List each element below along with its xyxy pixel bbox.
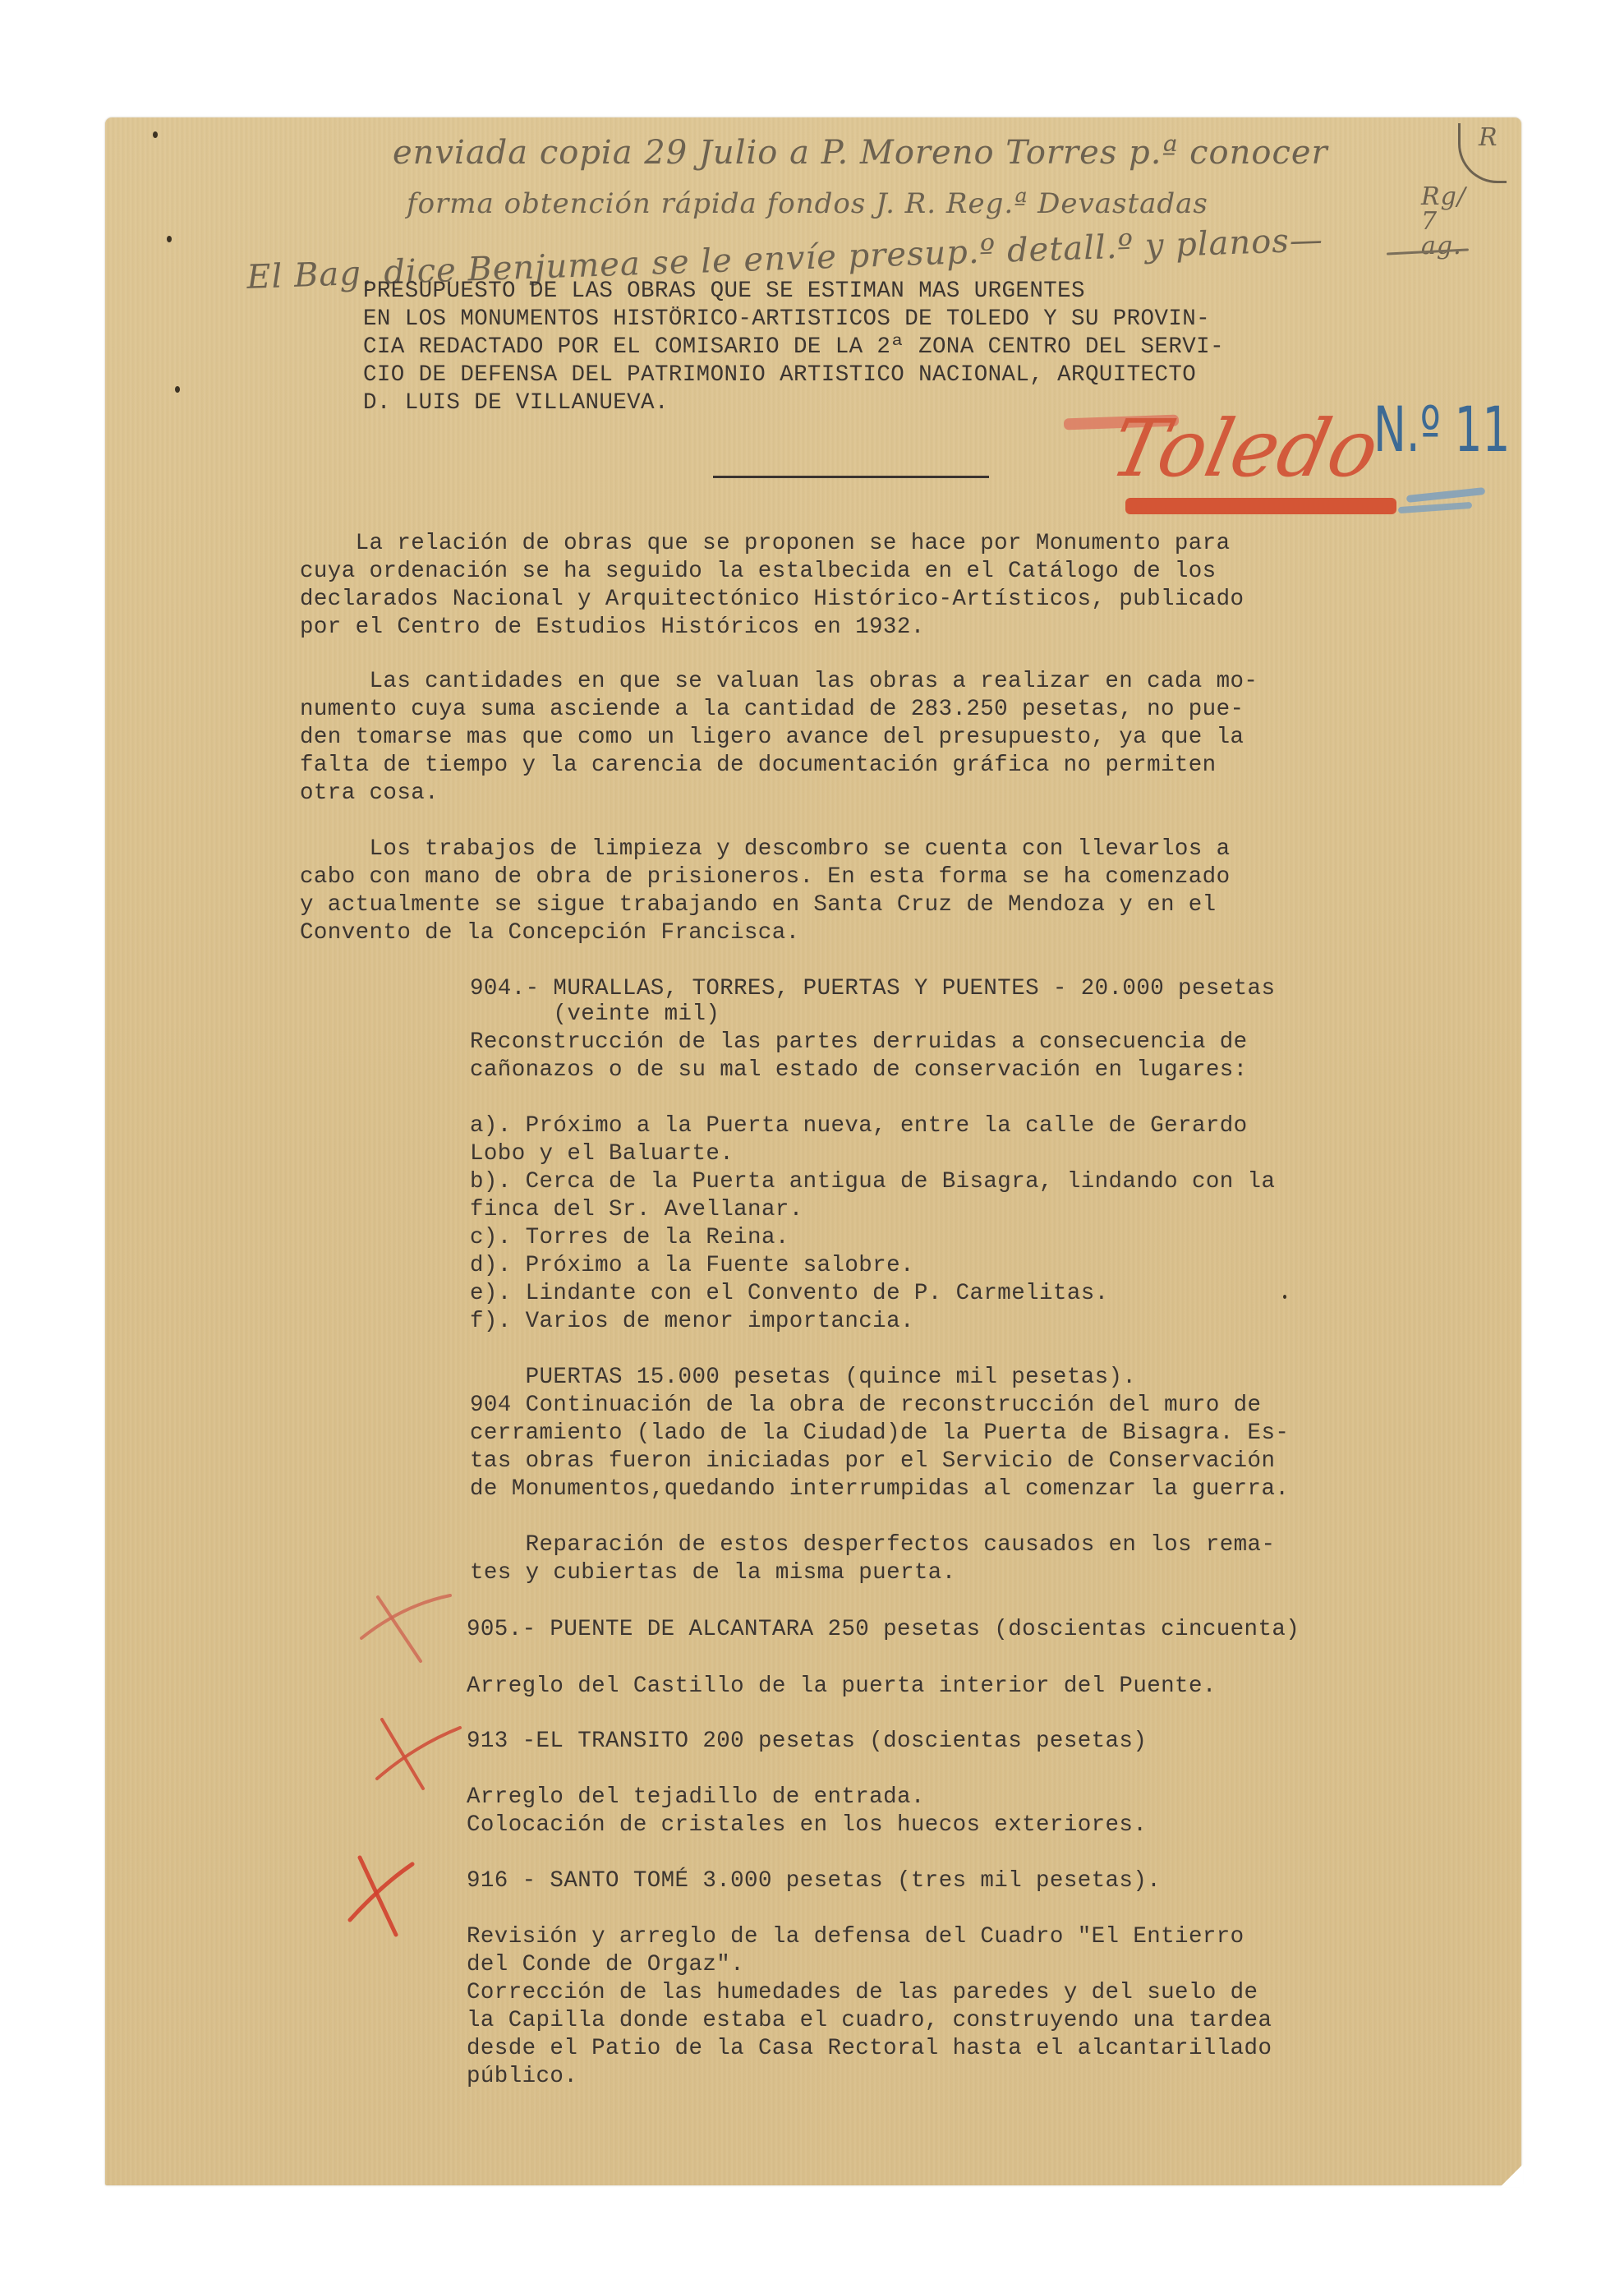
entry-916-body-line4: la Capilla donde estaba el cuadro, const… [467,2007,1272,2035]
entry-913-body-line2: Colocación de cristales en los huecos ex… [467,1812,1147,1839]
puertas-repair-line2: tes y cubiertas de la misma puerta. [470,1559,956,1587]
intro-p1-line4: por el Centro de Estudios Históricos en … [300,614,925,642]
entry-905-heading: 905.- PUENTE DE ALCANTARA 250 pesetas (d… [467,1616,1300,1644]
margin-mark [153,131,158,138]
location-b-line2: finca del Sr. Avellanar. [470,1196,803,1224]
intro-p2-line4: falta de tiempo y la carencia de documen… [300,752,1217,780]
puertas-body-line2: cerramiento (lado de la Ciudad)de la Pue… [470,1420,1289,1448]
document-title-line2: EN LOS MONUMENTOS HISTÖRICO-ARTISTICOS D… [363,306,1210,334]
location-e: e). Lindante con el Convento de P. Carme… [470,1280,1109,1308]
location-c: c). Torres de la Reina. [470,1224,789,1252]
title-separator-rule [713,476,989,478]
handwritten-note-line2: forma obtención rápida fondos J. R. Reg.… [407,187,1208,220]
entry-904-body-line2: cañonazos o de su mal estado de conserva… [470,1057,1248,1084]
location-f: f). Varios de menor importancia. [470,1308,914,1336]
blue-crayon-label-number: N.º 11 [1373,393,1510,466]
location-b-line1: b). Cerca de la Puerta antigua de Bisagr… [470,1168,1275,1196]
intro-p2-line1: Las cantidades en que se valuan las obra… [300,668,1258,696]
location-a-line1: a). Próximo a la Puerta nueva, entre la … [470,1112,1248,1140]
red-crayon-underline [1125,498,1396,514]
intro-p1-line2: cuya ordenación se ha seguido la estalbe… [300,558,1217,586]
entry-904-heading-cont: (veinte mil) [470,1001,720,1029]
entry-905-body: Arreglo del Castillo de la puerta interi… [467,1673,1217,1701]
intro-p3-line2: cabo con mano de obra de prisioneros. En… [300,863,1230,891]
location-d: d). Próximo a la Fuente salobre. [470,1252,914,1280]
intro-p3-line4: Convento de la Concepción Francisca. [300,919,800,947]
handwritten-initials: Rg/ 7 ag. [1421,185,1470,259]
puertas-body-line3: tas obras fueron iniciadas por el Servic… [470,1448,1275,1475]
entry-913-body-line1: Arreglo del tejadillo de entrada. [467,1784,925,1812]
document-title-line1: PRESUPUESTO DE LAS OBRAS QUE SE ESTIMAN … [363,278,1085,306]
entry-916-body-line2: del Conde de Orgaz". [467,1951,744,1979]
entry-913-heading: 913 -EL TRANSITO 200 pesetas (doscientas… [467,1728,1147,1756]
intro-p2-line2: numento cuya suma asciende a la cantidad… [300,696,1244,724]
red-cross-mark-905 [353,1587,452,1669]
entry-916-body-line5: desde el Patio de la Casa Rectoral hasta… [467,2035,1272,2063]
handwritten-note-line1: enviada copia 29 Julio a P. Moreno Torre… [393,134,1328,172]
corner-mark: R [1479,123,1498,152]
intro-p2-line3: den tomarse mas que como un ligero avanc… [300,724,1244,752]
intro-p3-line1: Los trabajos de limpieza y descombro se … [300,836,1230,863]
document-title-line5: D. LUIS DE VILLANUEVA. [363,389,669,417]
red-cross-mark-913 [366,1713,464,1795]
location-a-line2: Lobo y el Baluarte. [470,1140,734,1168]
intro-p3-line3: y actualmente se sigue trabajando en San… [300,891,1217,919]
puertas-repair-line1: Reparación de estos desperfectos causado… [470,1531,1275,1559]
puertas-body-line1: 904 Continuación de la obra de reconstru… [470,1392,1261,1420]
document-title-line3: CIA REDACTADO POR EL COMISARIO DE LA 2ª … [363,334,1224,361]
intro-p2-line5: otra cosa. [300,780,439,808]
red-crayon-label-toledo: Toledo [1103,403,1387,495]
entry-916-body-line1: Revisión y arreglo de la defensa del Cua… [467,1923,1244,1951]
entry-904-heading: 904.- MURALLAS, TORRES, PUERTAS Y PUENTE… [470,975,1275,1003]
entry-904-body-line1: Reconstrucción de las partes derruidas a… [470,1029,1248,1057]
entry-916-heading: 916 - SANTO TOMÉ 3.000 pesetas (tres mil… [467,1867,1161,1895]
puertas-subheading: PUERTAS 15.000 pesetas (quince mil peset… [470,1364,1136,1392]
document-title-line4: CIO DE DEFENSA DEL PATRIMONIO ARTISTICO … [363,361,1196,389]
intro-p1-line1: La relación de obras que se proponen se … [300,530,1230,558]
red-cross-mark-916 [345,1853,435,1943]
entry-916-body-line3: Corrección de las humedades de las pared… [467,1979,1258,2007]
puertas-body-line4: de Monumentos,quedando interrumpidas al … [470,1475,1289,1503]
torn-corner [1500,2164,1523,2187]
margin-mark [167,236,172,242]
intro-p1-line3: declarados Nacional y Arquitectónico His… [300,586,1244,614]
ink-speck [1283,1295,1286,1299]
entry-916-body-line6: público. [467,2063,577,2091]
margin-mark [175,386,180,393]
